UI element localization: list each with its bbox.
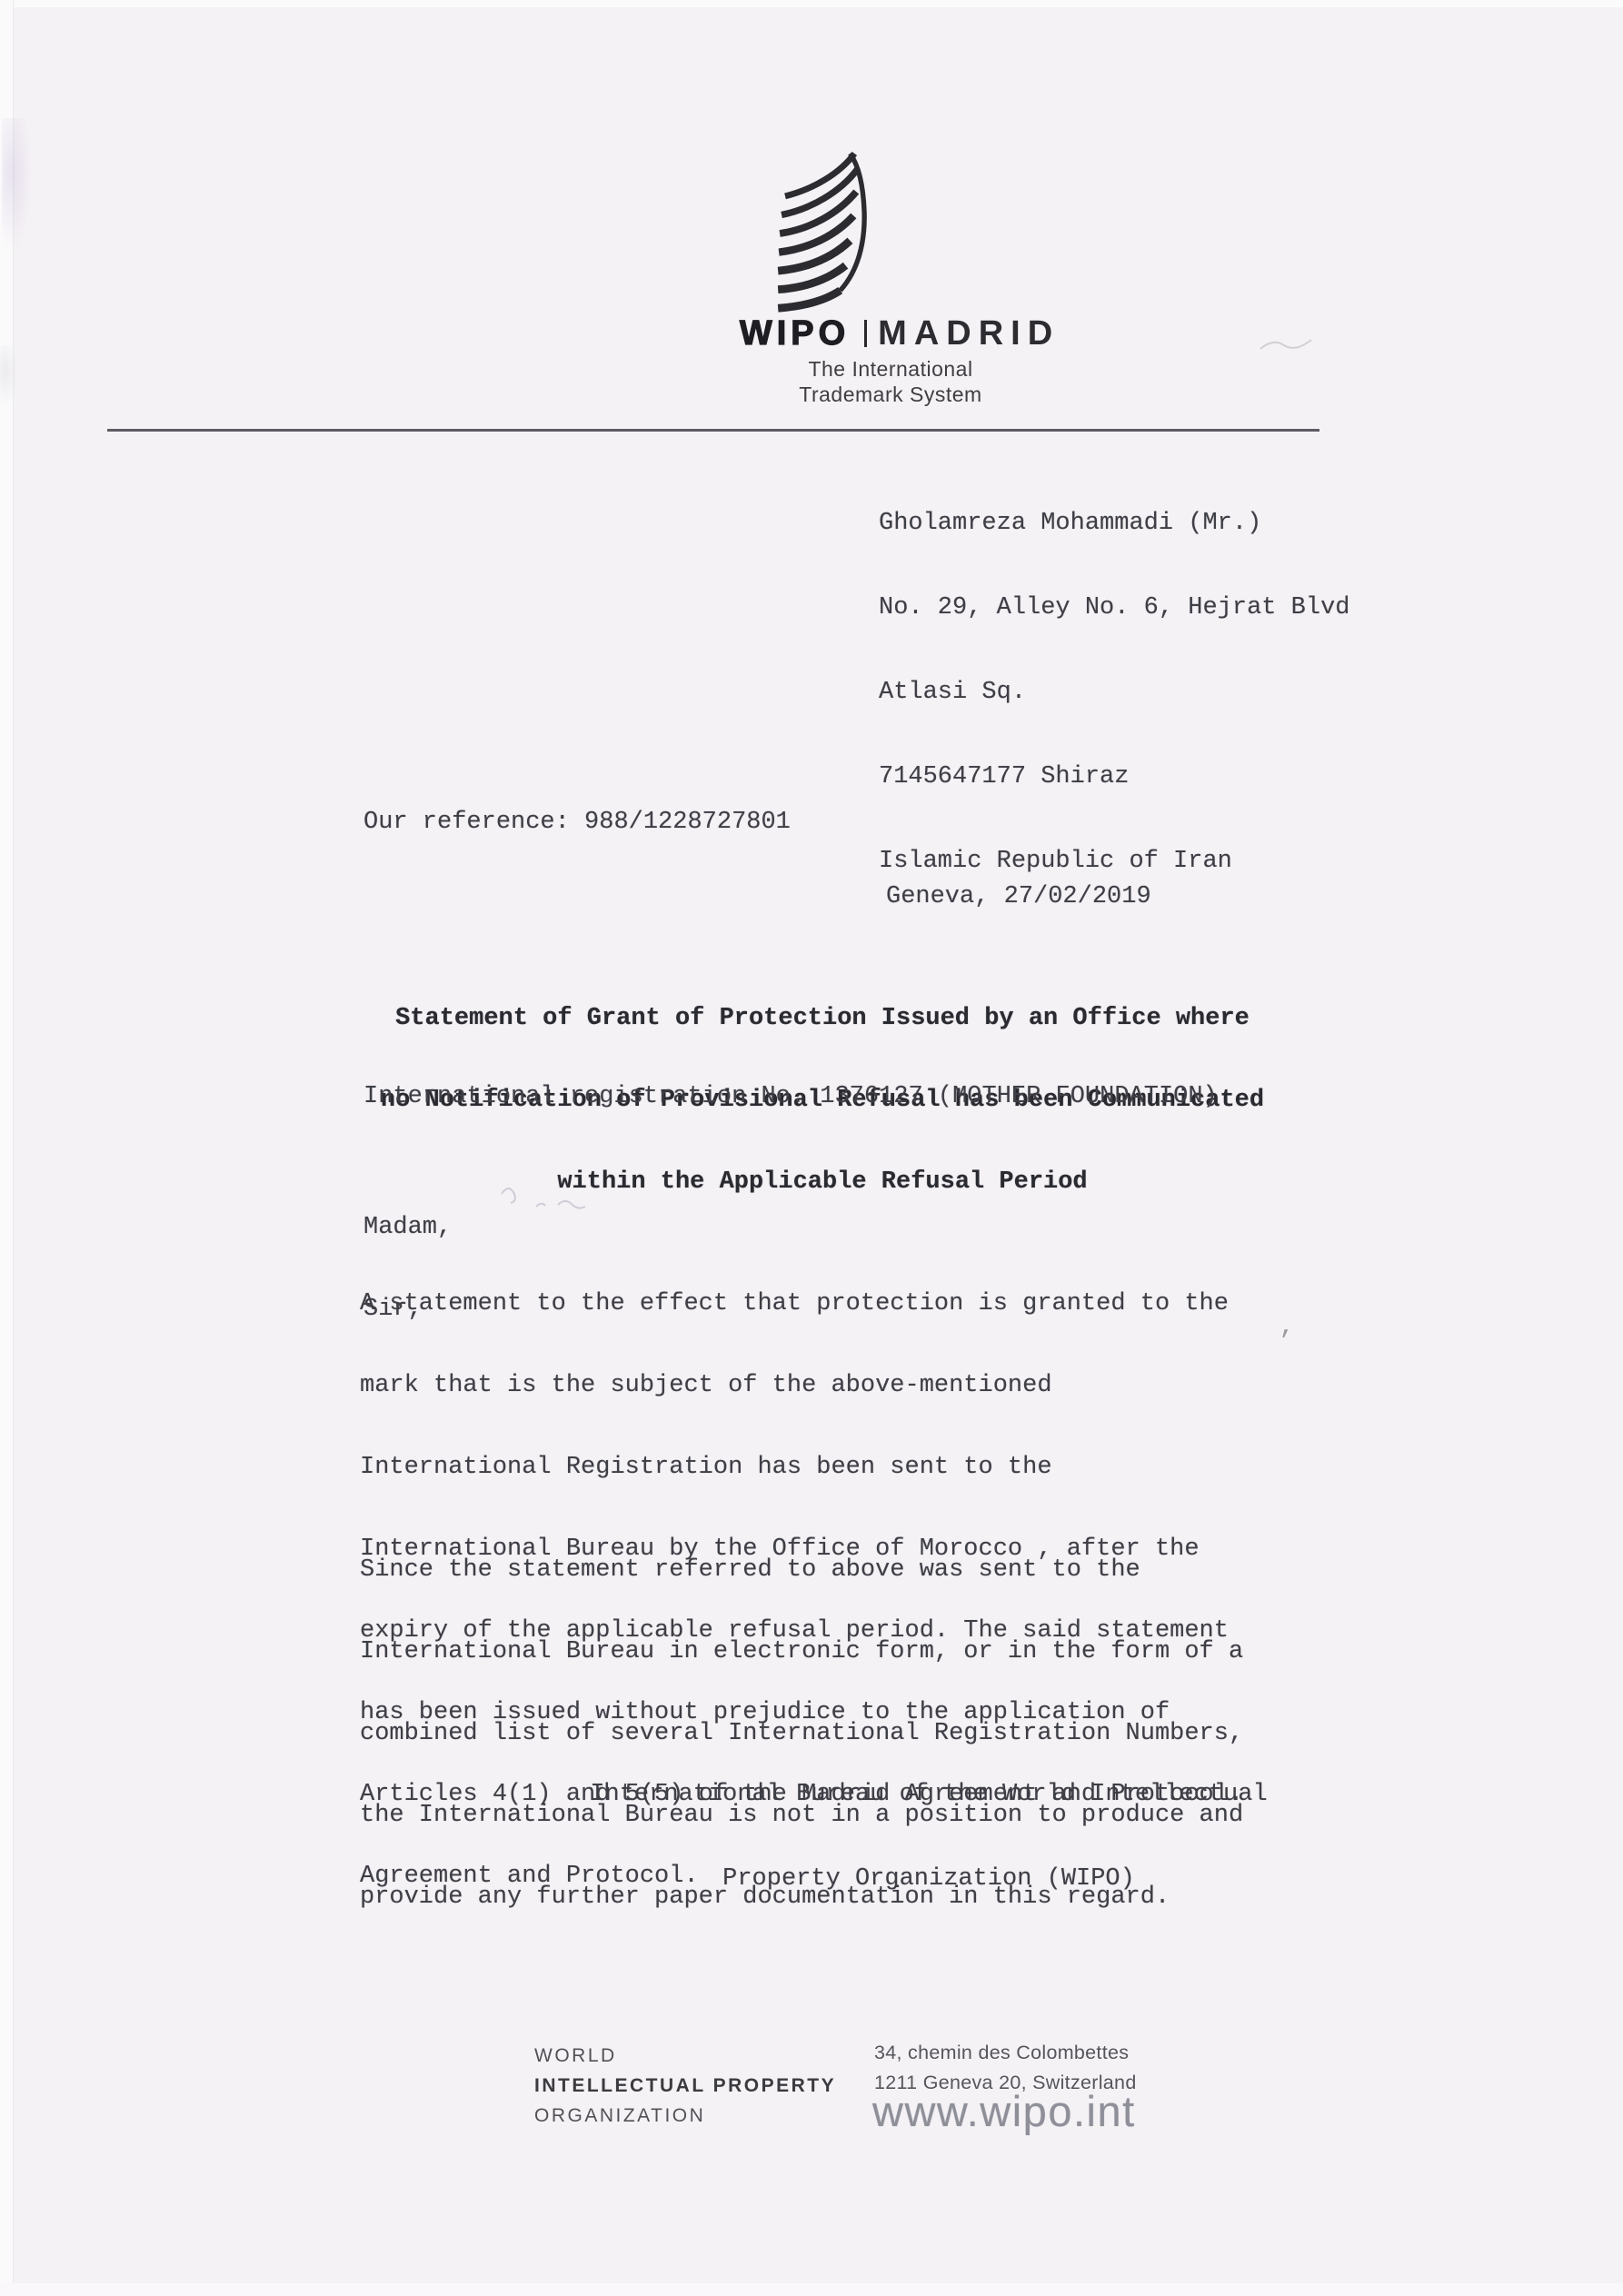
pen-mark-artifact: [1259, 333, 1322, 356]
logo-subtitle: The International Trademark System: [636, 356, 1145, 407]
body-line: International Registration has been sent…: [360, 1454, 1243, 1481]
pencil-scribble-artifact: [498, 1179, 607, 1216]
body-line: Since the statement referred to above wa…: [360, 1556, 1243, 1584]
body-line: International Bureau in electronic form,…: [360, 1638, 1243, 1665]
letter-title-line: Statement of Grant of Protection Issued …: [314, 1005, 1331, 1032]
footer-website-text: www.wipo.int: [872, 2086, 1136, 2136]
footer-organization-block: WORLD INTELLECTUAL PROPERTY ORGANIZATION: [534, 2041, 836, 2131]
closing-line: International Bureau of the World Intell…: [488, 1781, 1369, 1809]
letter-title-line: within the Applicable Refusal Period: [314, 1168, 1331, 1196]
footer-org-line3: ORGANIZATION: [534, 2101, 836, 2131]
logo-subtitle-line2: Trademark System: [636, 382, 1145, 407]
logo-divider-bar: [864, 320, 867, 347]
footer-org-line2: INTELLECTUAL PROPERTY: [534, 2071, 836, 2101]
closing-signature-block: International Bureau of the World Intell…: [488, 1724, 1369, 1950]
footer-org-line1: WORLD: [534, 2041, 836, 2071]
logo-madrid-text: MADRID: [878, 314, 1060, 353]
scan-edge-top: [0, 0, 1623, 7]
logo-wipo-text: WIPO: [740, 314, 850, 353]
registration-line: International registration No. 1376127 (…: [363, 1083, 1218, 1110]
scan-edge-bottom: [0, 2283, 1623, 2296]
logo-subtitle-line1: The International: [636, 356, 1145, 382]
body-line: A statement to the effect that protectio…: [360, 1290, 1243, 1317]
scan-smudge: [2, 118, 33, 254]
scan-smudge-2: [0, 345, 18, 409]
logo-wordmark: WIPOMADRID: [636, 314, 1163, 353]
footer-address-line1: 34, chemin des Colombettes: [874, 2038, 1137, 2068]
reference-line: Our reference: 988/1228727801: [363, 809, 791, 836]
recipient-line: Islamic Republic of Iran: [879, 848, 1349, 876]
header-divider-rule: [107, 429, 1319, 432]
recipient-line: Gholamreza Mohammadi (Mr.): [879, 510, 1349, 538]
recipient-line: No. 29, Alley No. 6, Hejrat Blvd: [879, 594, 1349, 622]
recipient-line: Atlasi Sq.: [879, 679, 1349, 707]
recipient-address-block: Gholamreza Mohammadi (Mr.) No. 29, Alley…: [879, 453, 1349, 932]
body-line: mark that is the subject of the above-me…: [360, 1372, 1243, 1399]
stray-ink-mark: ,: [1279, 1314, 1294, 1341]
scanned-letter-page: WIPOMADRID The International Trademark S…: [0, 0, 1623, 2296]
recipient-line: 7145647177 Shiraz: [879, 763, 1349, 791]
closing-line: Property Organization (WIPO): [488, 1865, 1369, 1893]
dateline: Geneva, 27/02/2019: [886, 883, 1151, 910]
wipo-swirl-logo-icon: [772, 152, 880, 317]
